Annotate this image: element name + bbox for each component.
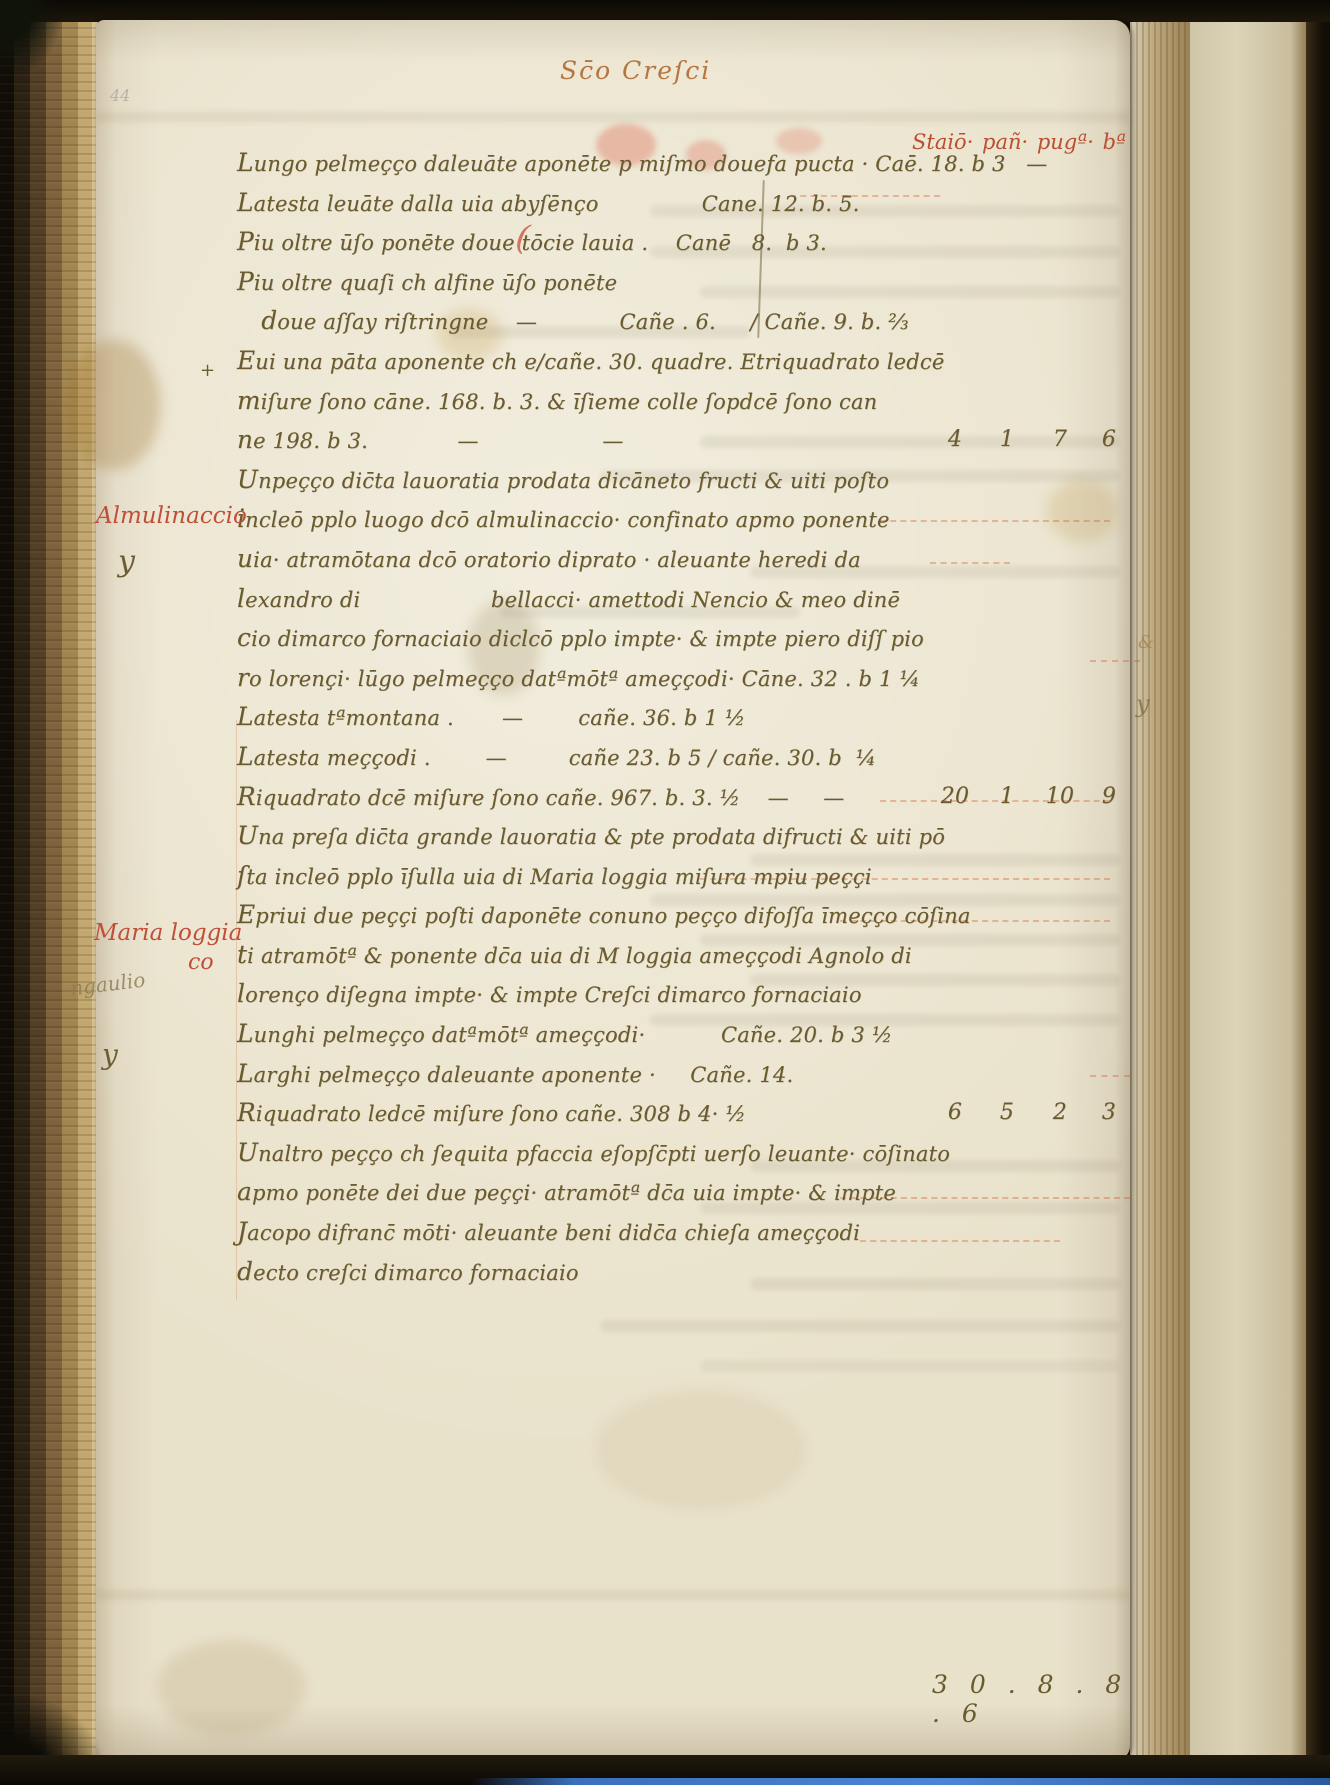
text-block: Lungo pelmeçço daleuāte aponēte p miſmo … (237, 143, 1127, 1291)
manuscript-line: uia· atramōtana dcō oratorio diprato · a… (237, 539, 1127, 579)
manuscript-line: apmo ponēte dei due peççi· atramōtª dc̄a… (237, 1172, 1127, 1212)
page-fore-edge (1130, 14, 1190, 1770)
measure-columns: 201109 (927, 777, 1129, 817)
stain (596, 1390, 806, 1510)
measure-value: 9 (1089, 777, 1129, 817)
measure-value: 6 (927, 1093, 983, 1133)
margin-flourish: y (118, 544, 135, 579)
manuscript-line: Eui una pāta aponente ch e/cañe. 30. qua… (237, 341, 1127, 381)
measure-columns: 4176 (927, 420, 1129, 460)
manuscript-line: Epriui due peççi poſti daponēte conuno p… (237, 895, 1127, 935)
photo-frame: Sc̄o Creſci Staiō· pañ· pugª· bª Lungo p… (0, 0, 1330, 1785)
manuscript-line: decto creſci dimarco fornaciaio (237, 1252, 1127, 1292)
manuscript-line: Piu oltre quaſi ch alfine ūſo ponēte (237, 262, 1127, 302)
manuscript-line: ne 198. b 3. — —4176 (237, 420, 1127, 460)
facing-page-edge (1190, 10, 1308, 1770)
margin-flourish: co (188, 950, 214, 975)
measure-value: 20 (927, 777, 983, 817)
binding-edge-top (0, 0, 1330, 22)
margin-plus-mark: + (200, 360, 215, 381)
page-title: Sc̄o Creſci (560, 56, 711, 85)
margin-note-maria-loggia: Maria loggia (94, 920, 242, 946)
measure-value: 7 (1031, 420, 1089, 460)
manuscript-line: lorenço diſegna impte· & impte Creſci di… (237, 974, 1127, 1014)
measure-value: 6 (1089, 420, 1129, 460)
stain (66, 340, 161, 470)
manuscript-line: ſta incleō pplo īſulla uia di Maria logg… (237, 856, 1127, 896)
binding-corner (0, 0, 90, 110)
manuscript-line: Unaltro peçço ch ſequita pfaccia eſopſc̄… (237, 1133, 1127, 1173)
bottom-blue-strip (470, 1778, 1330, 1785)
book-gutter-page-edges (0, 0, 98, 1785)
manuscript-line: Larghi pelmeçço daleuante aponente · Cañ… (237, 1054, 1127, 1094)
margin-mark-topleft: 44 (110, 86, 130, 105)
bleedthrough (700, 1360, 1120, 1372)
bleedthrough (600, 1320, 1120, 1332)
manuscript-line: Latesta leuāte dalla uia abyſēnço Cane. … (237, 183, 1127, 223)
manuscript-line: Unpeçço dic̄ta lauoratia prodata dicānet… (237, 460, 1127, 500)
manuscript-page: Sc̄o Creſci Staiō· pañ· pugª· bª Lungo p… (96, 20, 1130, 1760)
manuscript-line: Una preſa dic̄ta grande lauoratia & pte … (237, 816, 1127, 856)
manuscript-line: Riquadrato ledcē miſure ſono cañe. 308 b… (237, 1093, 1127, 1133)
edge-mark-ampersand: & (1138, 632, 1154, 653)
manuscript-line: incleō pplo luogo dcō almulinaccio· conf… (237, 499, 1127, 539)
manuscript-line: Lungo pelmeçço daleuāte aponēte p miſmo … (237, 143, 1127, 183)
manuscript-line: Jacopo difranc̄ mōti· aleuante beni didc… (237, 1212, 1127, 1252)
margin-y-mark: y (102, 1038, 118, 1071)
measure-value: 1 (983, 420, 1031, 460)
stain (156, 1640, 306, 1735)
manuscript-line: ti atramōtª & ponente dc̄a uia di M logg… (237, 935, 1127, 975)
edge-mark-y: y (1136, 690, 1150, 718)
manuscript-line: Riquadrato dcē miſure ſono cañe. 967. b.… (237, 777, 1127, 817)
manuscript-line: cio dimarco fornaciaio diclcō pplo impte… (237, 618, 1127, 658)
manuscript-line: Piu oltre ūſo ponēte doue tōcie lauia . … (237, 222, 1127, 262)
measure-value: 2 (1031, 1093, 1089, 1133)
fold-line (96, 112, 1130, 122)
manuscript-line: Latesta tªmontana . — cañe. 36. b 1 ½ (237, 697, 1127, 737)
manuscript-line: lexandro di bellacci· amettodi Nencio & … (237, 579, 1127, 619)
measure-value: 5 (983, 1093, 1031, 1133)
manuscript-line: Lunghi pelmeçço datªmōtª ameççodi· Cañe.… (237, 1014, 1127, 1054)
book-cover-edge (1306, 0, 1330, 1785)
margin-note-almulinaccio: Almulinaccio (96, 503, 247, 529)
measure-value: 3 (1089, 1093, 1129, 1133)
bottom-total: 3 0 . 8 . 8 . 6 (932, 1670, 1130, 1728)
measure-columns: 6523 (927, 1093, 1129, 1133)
measure-value: 10 (1031, 777, 1089, 817)
manuscript-line: miſure ſono cāne. 168. b. 3. & īſieme co… (237, 381, 1127, 421)
measure-value: 4 (927, 420, 983, 460)
fold-line (96, 1590, 1130, 1600)
manuscript-line: Latesta meççodi . — cañe 23. b 5 / cañe.… (237, 737, 1127, 777)
manuscript-line: doue aſſay riſtringne — Cañe . 6. / Cañe… (237, 301, 1127, 341)
manuscript-line: ro lorençi· lūgo pelmeçço datªmōtª ameçç… (237, 658, 1127, 698)
measure-value: 1 (983, 777, 1031, 817)
